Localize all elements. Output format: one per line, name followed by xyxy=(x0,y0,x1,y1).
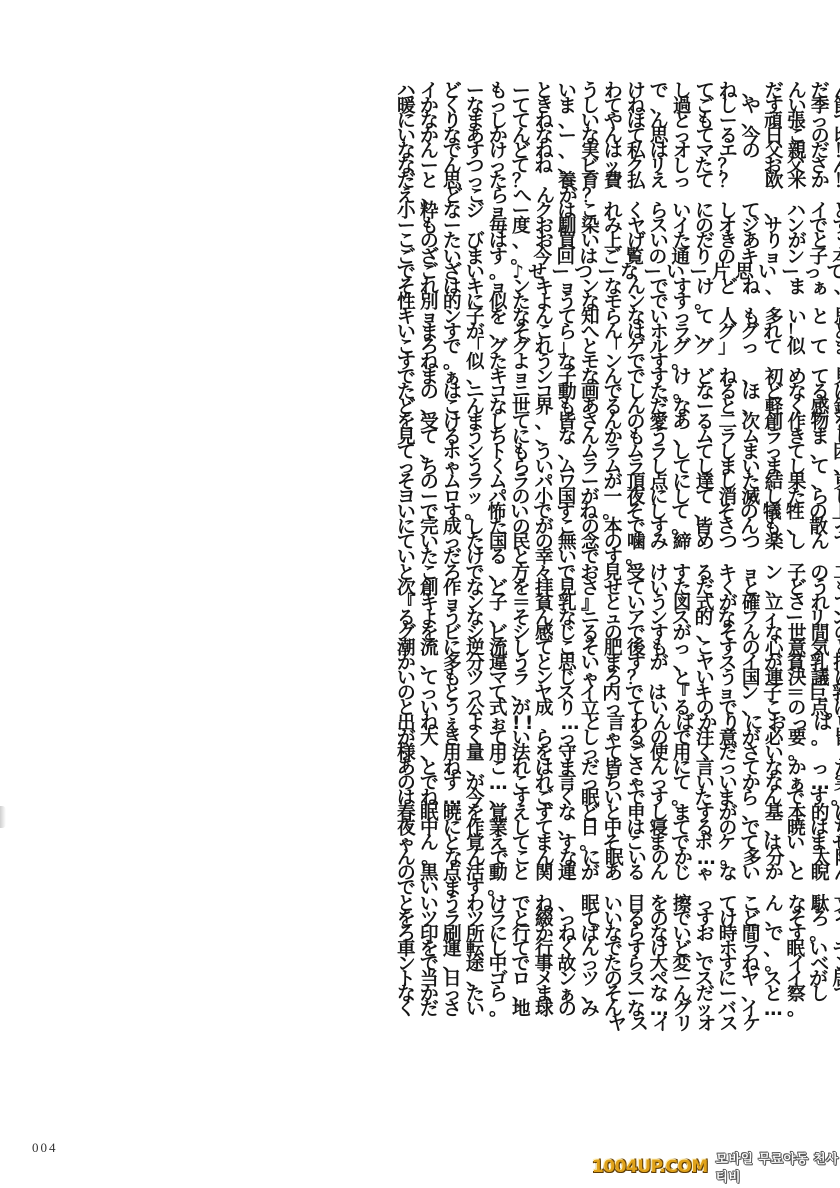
page-number: 004 xyxy=(32,1140,58,1156)
watermark-logo[interactable]: 1004UP.COM xyxy=(592,1157,708,1177)
document-page: ハイどーもーというわけでしてね、だんだん 暖かくなってきましてね、過ごしやすい季… xyxy=(0,0,840,1188)
afterword-text-block: ハイどーもーというわけでしてね、だんだん 暖かくなってきましてね、過ごしやすい季… xyxy=(397,84,769,1032)
page-edge-smudge xyxy=(0,806,6,828)
watermark-tagline: 모바일 무료야동 천사티비 xyxy=(716,1149,840,1185)
site-watermark[interactable]: 1004UP.COM 모바일 무료야동 천사티비 xyxy=(592,1155,840,1179)
